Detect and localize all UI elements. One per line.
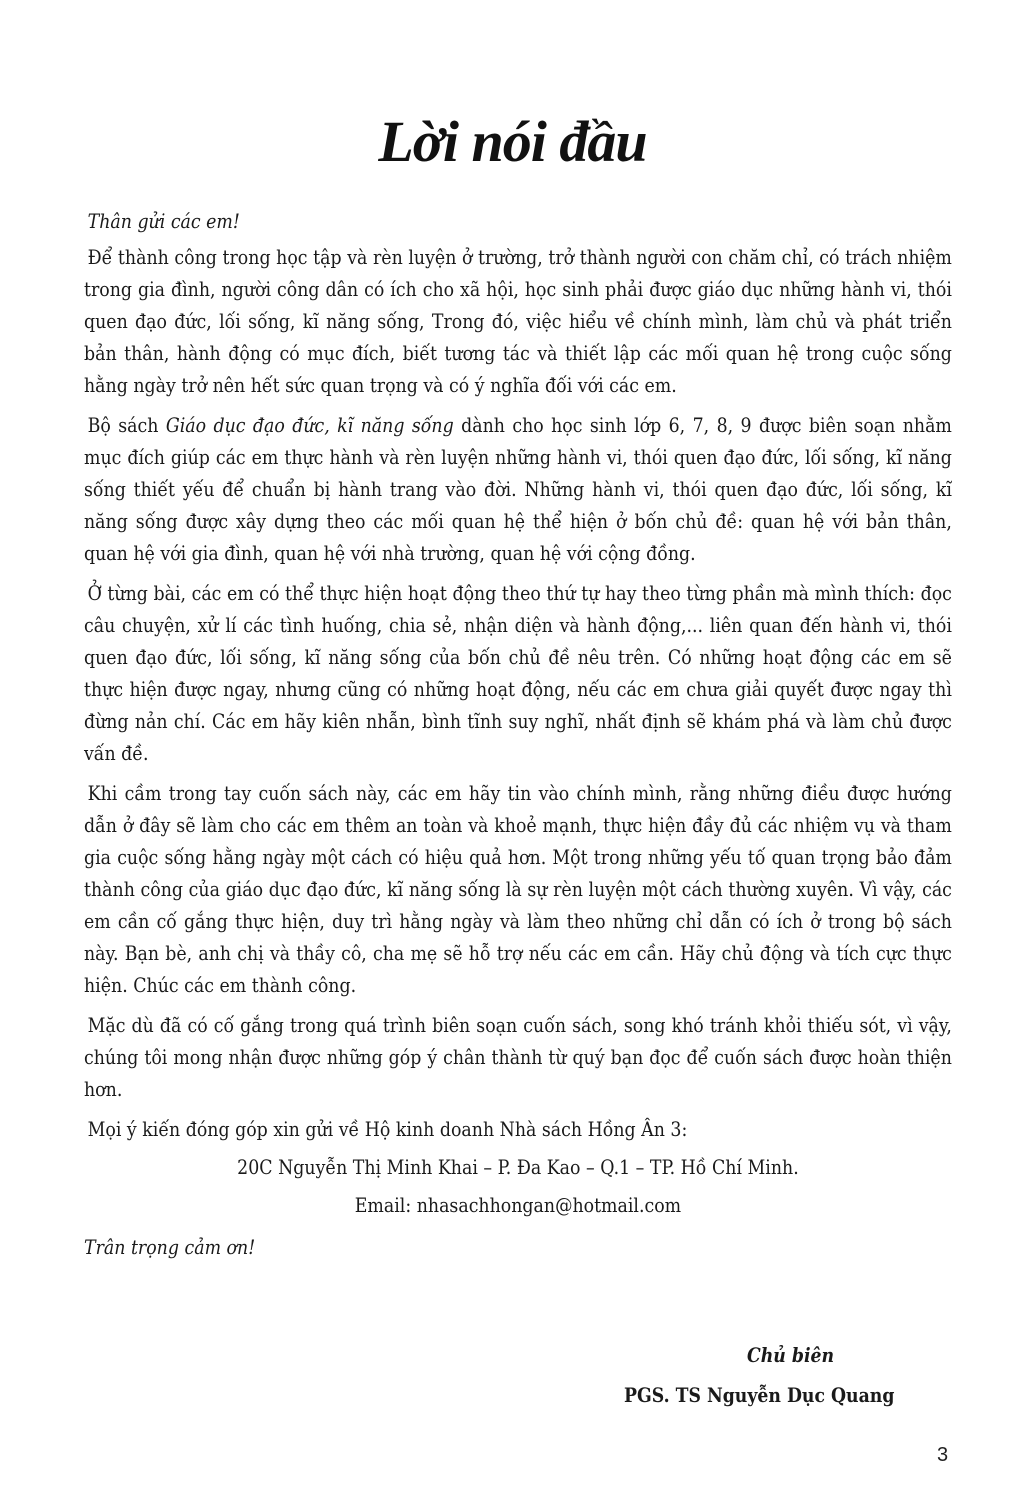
email: Email: nhasachhongan@hotmail.com [84,1190,952,1222]
body-text: Thân gửi các em! Để thành công trong học… [84,206,952,1264]
signature-name: PGS. TS Nguyễn Dục Quang [624,1384,894,1407]
paragraph-5: Mặc dù đã có cố gắng trong quá trình biê… [84,1010,952,1106]
book-series-title: Giáo dục đạo đức, kĩ năng sống [166,414,454,437]
address: 20C Nguyễn Thị Minh Khai – P. Đa Kao – Q… [84,1152,952,1184]
paragraph-4: Khi cầm trong tay cuốn sách này, các em … [84,778,952,1002]
paragraph-1-text: Để thành công trong học tập và rèn luyện… [84,242,952,402]
paragraph-6: Mọi ý kiến đóng góp xin gửi về Hộ kinh d… [84,1114,952,1146]
closing: Trân trọng cảm ơn! [84,1232,952,1264]
paragraph-2: Bộ sách Giáo dục đạo đức, kĩ năng sống d… [84,410,952,570]
page-title: Lời nói đầu [0,108,1025,175]
signature-role: Chủ biên [747,1344,834,1367]
paragraph-1: Để thành công trong học tập và rèn luyện… [84,242,952,402]
greeting: Thân gửi các em! [88,206,952,238]
book-page: Lời nói đầu Thân gửi các em! Để thành cô… [0,0,1025,1500]
paragraph-2-prefix: Bộ sách [88,414,166,437]
paragraph-3: Ở từng bài, các em có thể thực hiện hoạt… [84,578,952,770]
page-number: 3 [937,1444,948,1467]
